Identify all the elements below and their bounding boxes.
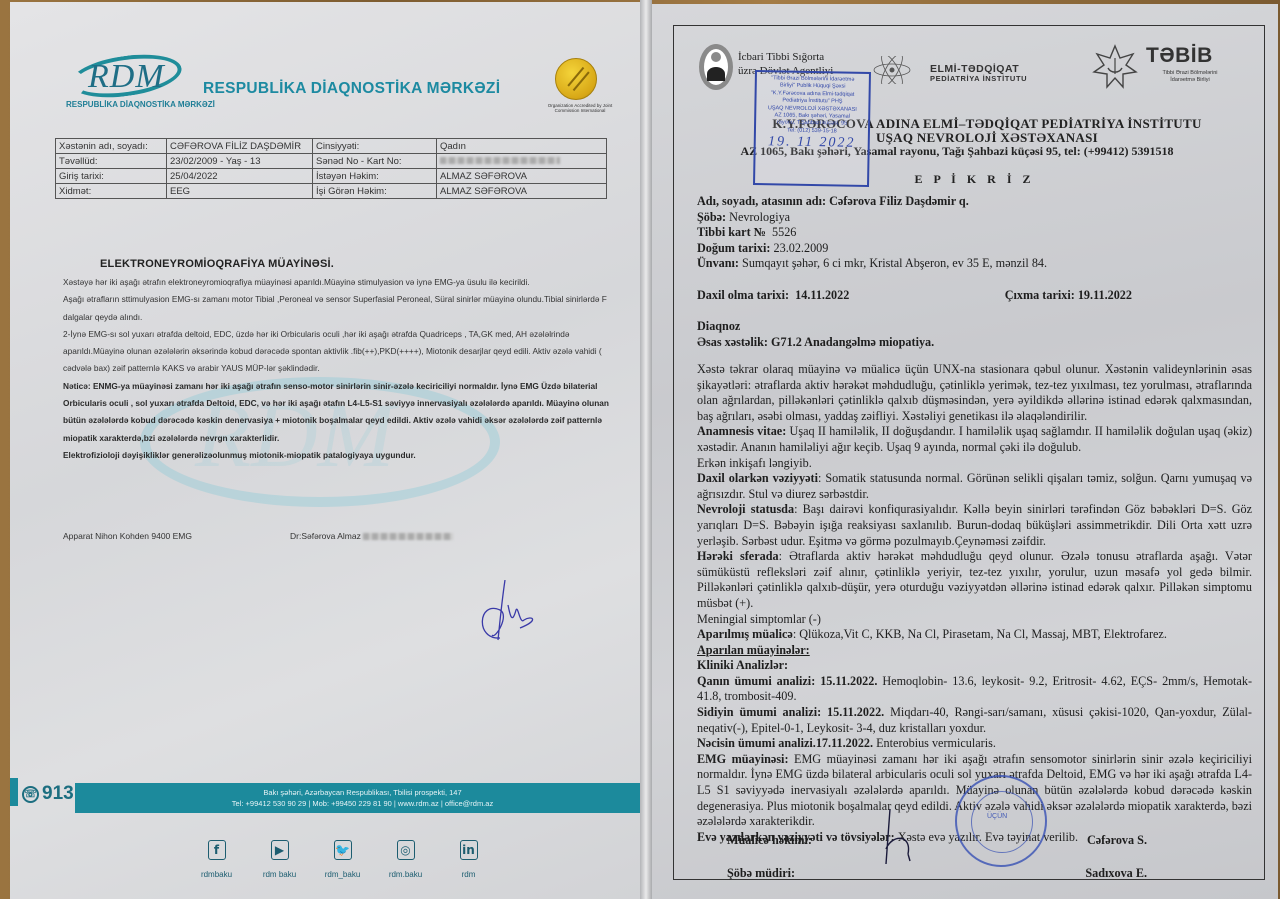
primary-diagnosis: G71.2 Anadangəlmə miopatiya.: [771, 335, 934, 349]
motor-sphere-text: : Ətraflarda aktiv hərəkət məhdudluğu qe…: [697, 549, 1252, 610]
round-hospital-stamp: ÜÇÜN: [955, 775, 1047, 867]
diagnosis-label: Əsas xəstəlik:: [697, 335, 768, 349]
rdm-emg-report: RDM RESPUBLİKA DİAQNOSTİKA MƏRKƏZİ RESPU…: [10, 2, 646, 899]
diagnosis-heading: Diaqnoz: [697, 319, 740, 333]
tebib-subtitle: Tibbi Ərazi Bölmələrini İdarəetmə Birliy…: [1150, 70, 1230, 84]
info-value: EEG: [167, 184, 313, 199]
physician-label: Müalicə həkimi:: [727, 833, 812, 849]
info-value: 25/04/2022: [167, 169, 313, 184]
epicrisis-document: İcbari Tibbi Sığorta üzrə Dövlət Agentli…: [652, 4, 1278, 899]
doctor-signature: [470, 580, 550, 650]
elmi-subtitle: PEDİATRİYA İNSTİTUTU: [930, 74, 1027, 84]
social-handle: rdm: [462, 870, 476, 879]
insurance-agency-logo-icon: [699, 44, 733, 90]
info-row: Xəstənin adı, soyadı:CƏFƏROVA FİLİZ DAŞD…: [56, 139, 607, 154]
social-handle: rdmbaku: [201, 870, 232, 879]
doctor-name: Dr:Səfərova Almaz: [290, 531, 361, 541]
info-row: Giriş tarixi:25/04/2022İstəyən Həkim:ALM…: [56, 169, 607, 184]
discharge-date: 19.11.2022: [1078, 288, 1132, 302]
diagnosis-block: Diaqnoz Əsas xəstəlik: G71.2 Anadangəlmə…: [697, 319, 1252, 350]
footer-address: Bakı şəhəri, Azərbaycan Respublikası, Tb…: [75, 787, 646, 798]
linkedin-icon[interactable]: in: [460, 840, 478, 860]
urine-test-label: Sidiyin ümumi analizi: 15.11.2022.: [697, 705, 884, 719]
blood-test-label: Qanın ümumi analizi: 15.11.2022.: [697, 674, 877, 688]
head-of-department-line: Şöbə müdiri: Sadıxova E.: [727, 866, 1147, 882]
social-link-rdm-baku[interactable]: ▶rdm baku: [248, 840, 311, 879]
elmi-tedqiqat-logo: ELMİ-TƏDQİQAT PEDİATRİYA İNSTİTUTU: [930, 64, 1027, 84]
treatment-text: : Qlükoza,Vit C, KKB, Na Cl, Pirasetam, …: [793, 627, 1167, 641]
discharge-label: Çıxma tarixi:: [1005, 288, 1075, 302]
redacted-phone: [363, 533, 453, 540]
seal-caption: Organization Accredited by Joint Commiss…: [540, 103, 620, 113]
social-handle: rdm.baku: [389, 870, 422, 879]
date-of-birth: 23.02.2009: [774, 241, 829, 255]
info-label: Xidmət:: [56, 184, 167, 199]
info-label: Cinsiyyəti:: [313, 139, 437, 154]
admission-date: 14.11.2022: [795, 288, 849, 302]
info-label: İstəyən Həkim:: [313, 169, 437, 184]
info-label: Giriş tarixi:: [56, 169, 167, 184]
name-label: Adı, soyadı, atasının adı:: [697, 194, 826, 208]
facebook-icon[interactable]: f: [208, 840, 226, 860]
card-label: Tibbi kart №: [697, 225, 766, 239]
info-value: [437, 154, 607, 169]
info-value: CƏFƏROVA FİLİZ DAŞDƏMİR: [167, 139, 313, 154]
social-link-rdm-baku[interactable]: 🐦rdm_baku: [311, 840, 374, 879]
info-label: Sənəd No - Kart No:: [313, 154, 437, 169]
complaints-paragraph: Xəstə təkrar olaraq müayinə və müalicə ü…: [697, 362, 1252, 424]
social-handle: rdm baku: [263, 870, 296, 879]
head-name: Sadıxova E.: [1085, 866, 1147, 882]
info-row: Xidmət:EEGİşi Görən Həkim:ALMAZ SƏFƏROVA: [56, 184, 607, 199]
treatment-label: Aparılmış müalicə: [697, 627, 793, 641]
jci-accreditation-seal-icon: [555, 58, 597, 100]
exam-paragraph: Xəstəyə hər iki aşağı ətrafın elektroney…: [63, 274, 623, 291]
twitter-icon[interactable]: 🐦: [334, 840, 352, 860]
department: Nevrologiya: [729, 210, 790, 224]
social-handle: rdm_baku: [325, 870, 361, 879]
social-link-rdm[interactable]: inrdm: [437, 840, 500, 879]
stay-dates: Daxil olma tarixi: 14.11.2022 Çıxma tari…: [697, 288, 1252, 304]
tebib-title: TƏBİB: [1146, 44, 1213, 68]
anamnesis-label: Anamnesis vitae:: [697, 424, 786, 438]
stamp-date: 19. 11 2022: [756, 138, 868, 147]
dob-label: Doğum tarixi:: [697, 241, 770, 255]
physician-name: Cəfərova S.: [1087, 833, 1147, 849]
exam-title: ELEKTRONEYROMİOQRAFİYA MÜAYİNƏSİ.: [100, 258, 334, 270]
patient-info-table: Xəstənin adı, soyadı:CƏFƏROVA FİLİZ DAŞD…: [55, 138, 607, 199]
social-link-rdmbaku[interactable]: frdmbaku: [185, 840, 248, 879]
footer-contact-bar: Bakı şəhəri, Azərbaycan Respublikası, Tb…: [75, 783, 646, 813]
exam-summary: Elektrofizioloji dəyişikliklər generəliz…: [63, 447, 623, 464]
clinical-analyses-heading: Kliniki Analizlər:: [697, 658, 788, 672]
redacted-card-number: [440, 157, 560, 164]
patient-address: Sumqayıt şəhər, 6 ci mkr, Kristal Abşero…: [742, 256, 1047, 270]
tebib-star-emblem-icon: [1092, 44, 1138, 90]
info-value: Qadın: [437, 139, 607, 154]
instagram-icon[interactable]: ◎: [397, 840, 415, 860]
footer-tab: [10, 778, 18, 806]
exam-body: Xəstəyə hər iki aşağı ətrafın elektroney…: [63, 274, 623, 464]
info-row: Təvəllüd:23/02/2009 - Yaş - 13Sənəd No -…: [56, 154, 607, 169]
admission-state-label: Daxil olarkən vəziyyəti: [697, 471, 818, 485]
youtube-icon[interactable]: ▶: [271, 840, 289, 860]
social-links: frdmbaku▶rdm baku🐦rdm_baku◎rdm.bakuinrdm: [185, 840, 500, 879]
development-note: Erkən inkişafı ləngiyib.: [697, 456, 1252, 472]
exam-paragraph: 2-İynə EMG-sı sol yuxarı ətrafda deltoid…: [63, 326, 623, 378]
footer-contacts: Tel: +99412 530 90 29 | Mob: +99450 229 …: [75, 798, 646, 809]
neuro-status-label: Nevroloji statusda: [697, 502, 794, 516]
social-link-rdm-baku[interactable]: ◎rdm.baku: [374, 840, 437, 879]
document-title: E P İ K R İ Z: [697, 172, 1252, 187]
motor-sphere-label: Hərəki sferada: [697, 549, 779, 563]
atom-icon: [872, 56, 912, 84]
stool-test-results: Enterobius vermicularis.: [873, 736, 996, 750]
exam-conclusion: Nəticə: ENMG-ya müayinəsi zamanı hər iki…: [63, 378, 623, 447]
exams-heading: Aparılan müayinələr:: [697, 643, 1252, 659]
clinical-narrative: Xəstə təkrar olaraq müayinə və müalicə ü…: [697, 362, 1252, 845]
info-value: ALMAZ SƏFƏROVA: [437, 184, 607, 199]
patient-details: Adı, soyadı, atasının adı: Cəfərova Fili…: [697, 194, 1252, 272]
emg-label: EMG müayinəsi:: [697, 752, 789, 766]
info-label: Təvəllüd:: [56, 154, 167, 169]
physician-signature: [882, 809, 922, 869]
medical-card-number: 5526: [772, 225, 796, 239]
center-title: RESPUBLİKA DİAQNOSTİKA MƏRKƏZİ: [203, 80, 500, 98]
registration-stamp: "Tibbi Ərazi Bölmələrini İdarəetməBirliy…: [753, 70, 871, 187]
info-label: İşi Görən Həkim:: [313, 184, 437, 199]
hotline: ☏ 913: [22, 783, 74, 805]
admission-label: Daxil olma tarixi:: [697, 288, 789, 302]
logo-mark: RDM: [88, 58, 165, 96]
address-label: Ünvanı:: [697, 256, 739, 270]
hotline-number: 913: [42, 783, 74, 805]
info-label: Xəstənin adı, soyadı:: [56, 139, 167, 154]
dept-label: Şöbə:: [697, 210, 726, 224]
meningeal-symptoms: Meningial simptomlar (-): [697, 612, 1252, 628]
info-value: ALMAZ SƏFƏROVA: [437, 169, 607, 184]
apparatus-label: Apparat Nihon Kohden 9400 EMG: [63, 531, 192, 541]
page-gap-shadow: [640, 0, 652, 899]
phone-icon: ☏: [22, 786, 39, 803]
logo-subtitle: RESPUBLİKA DİAQNOSTİKA MƏRKƏZİ: [66, 100, 215, 109]
agency-line: İcbari Tibbi Sığorta: [738, 50, 833, 64]
head-label: Şöbə müdiri:: [727, 866, 795, 882]
stamp-text: ÜÇÜN: [987, 813, 1007, 820]
doctor-signature-line: Dr:Səfərova Almaz: [290, 531, 453, 541]
stool-test-label: Nəcisin ümumi analizi.17.11.2022.: [697, 736, 873, 750]
patient-name: Cəfərova Filiz Daşdəmir q.: [829, 194, 969, 208]
info-value: 23/02/2009 - Yaş - 13: [167, 154, 313, 169]
exam-paragraph: Aşağı ətrafların sttimulyasion EMG-sı za…: [63, 291, 623, 326]
rdm-logo: RDM RESPUBLİKA DİAQNOSTİKA MƏRKƏZİ: [66, 52, 196, 110]
physician-line: Müalicə həkimi: Cəfərova S.: [727, 833, 1147, 849]
elmi-title: ELMİ-TƏDQİQAT: [930, 64, 1027, 74]
